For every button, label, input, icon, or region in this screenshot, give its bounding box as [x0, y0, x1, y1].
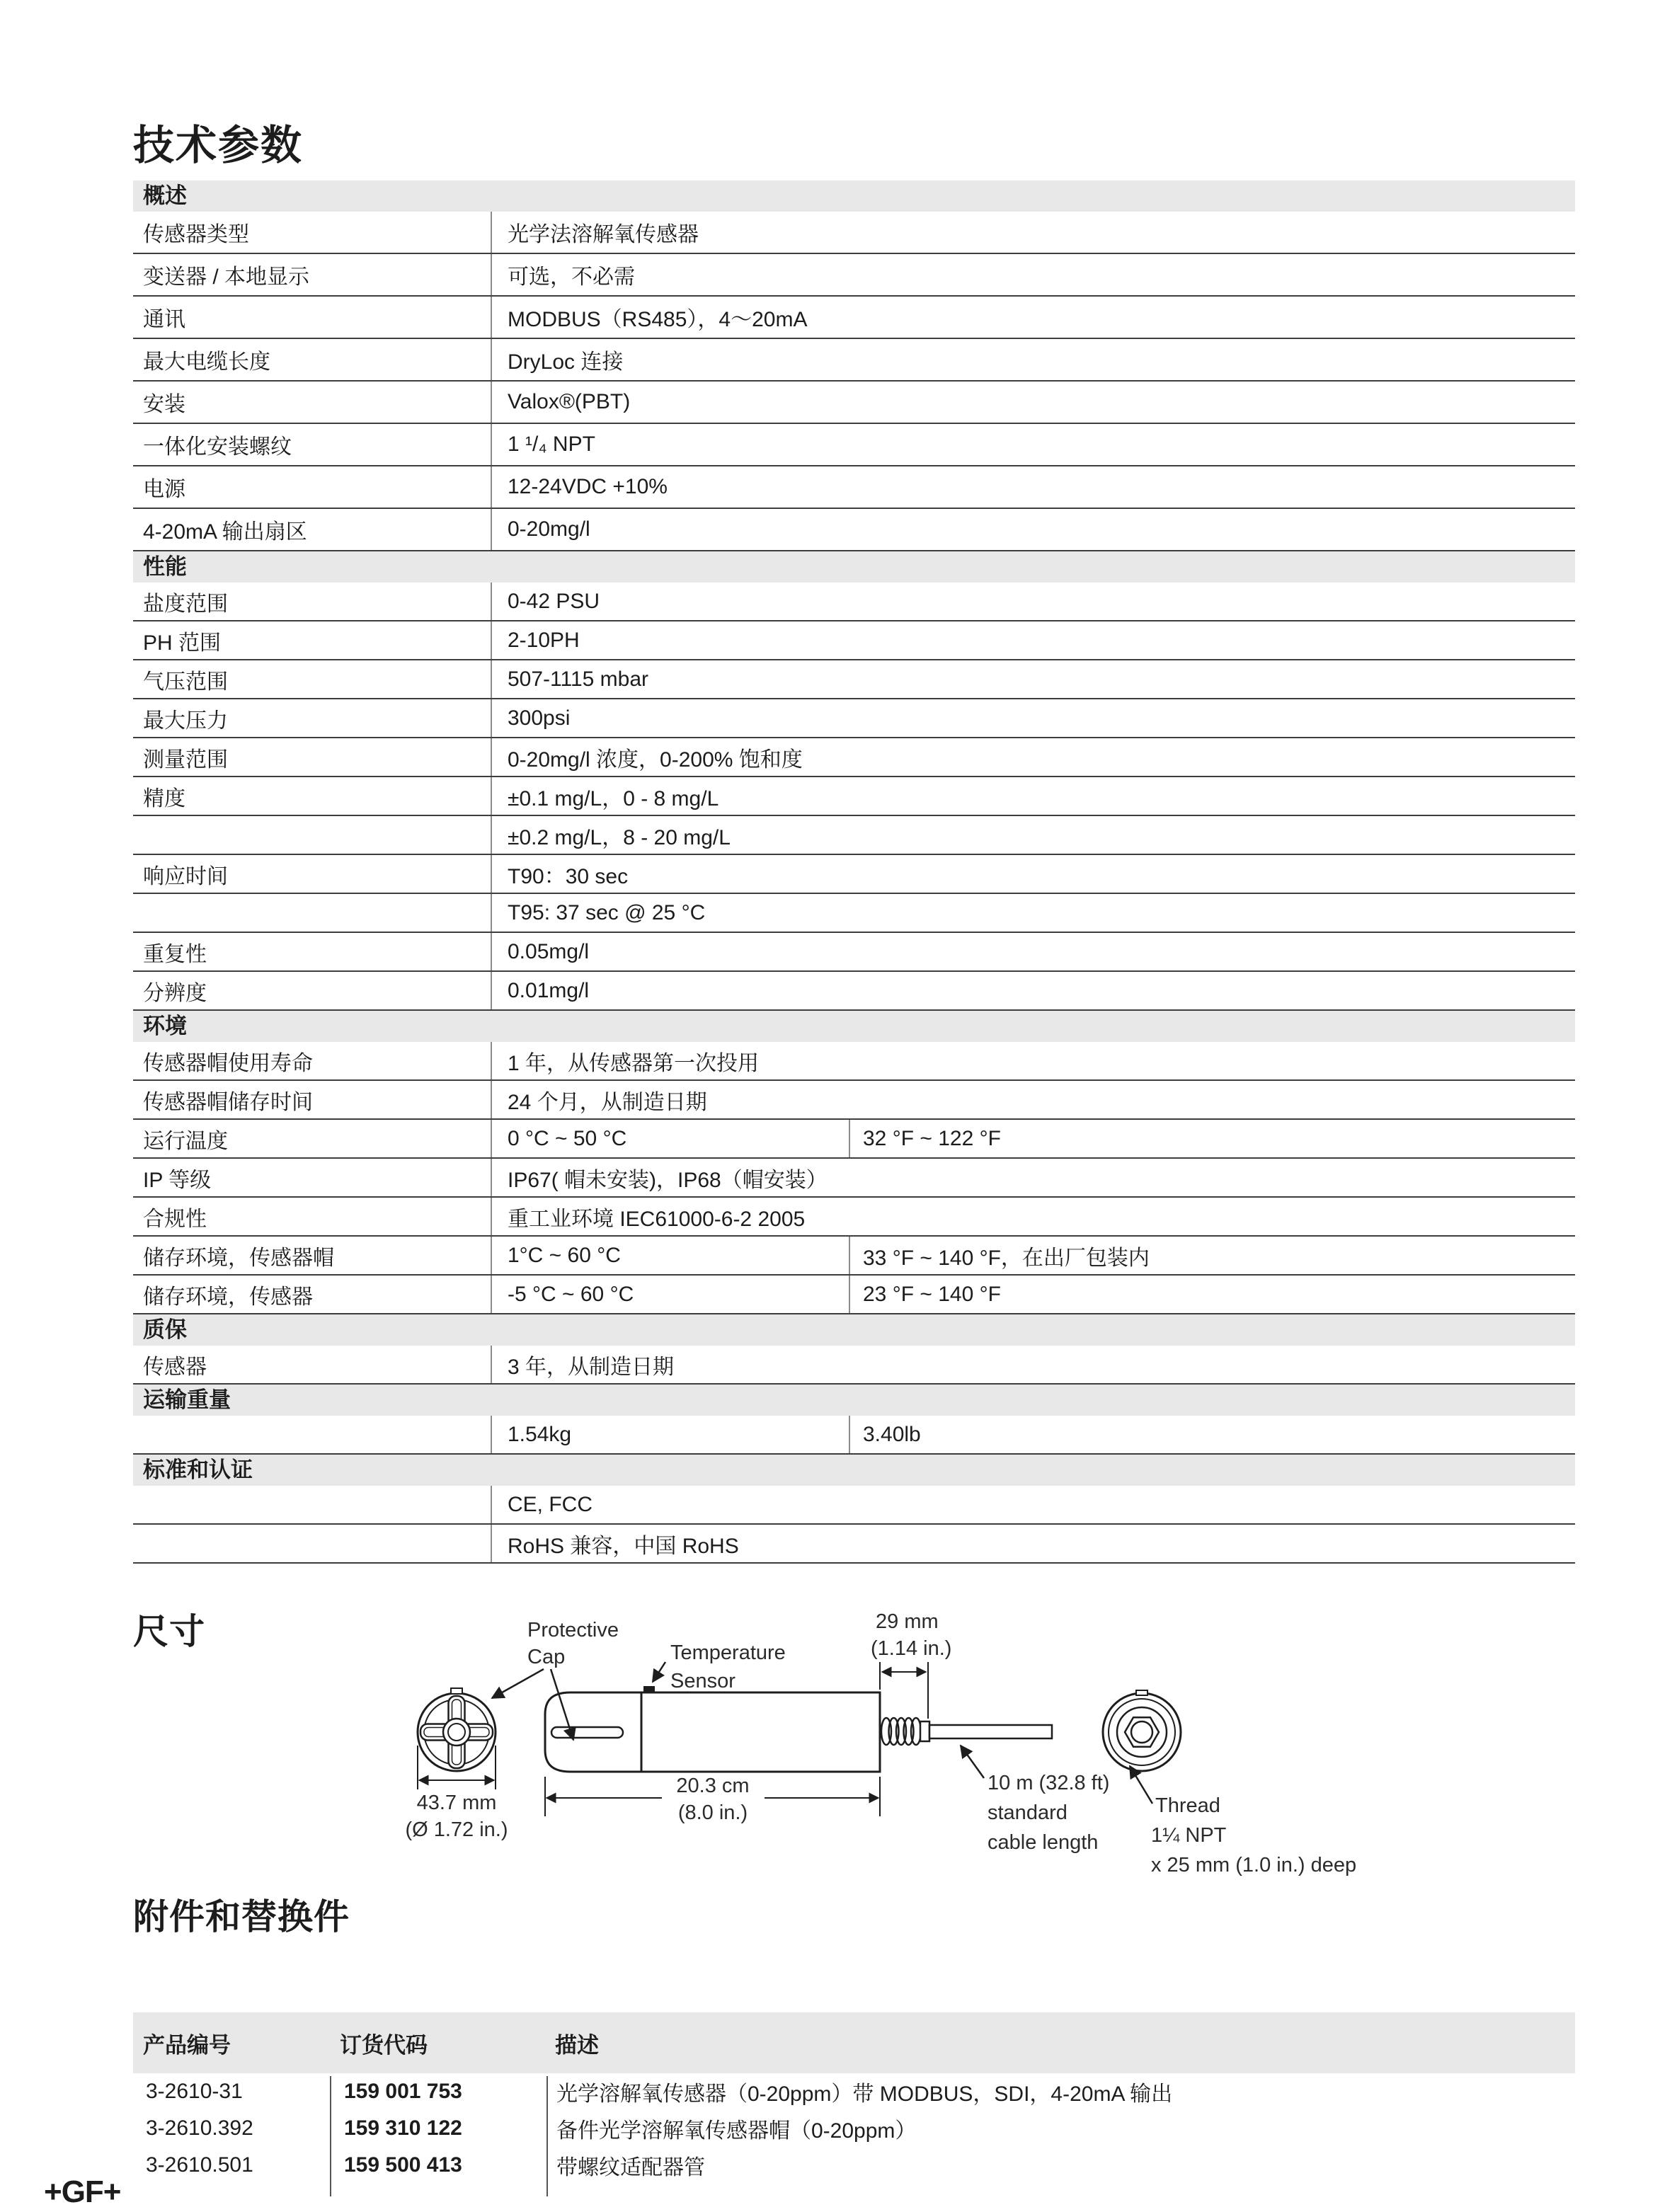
- spec-value: Valox®(PBT): [492, 382, 1575, 423]
- thread-label: Thread: [1155, 1794, 1220, 1817]
- accessory-part-number: 3-2610.501: [133, 2153, 330, 2177]
- spec-value: 24 个月，从制造日期: [492, 1081, 1575, 1118]
- section-header: 性能: [133, 551, 1575, 583]
- spec-label: 盐度范围: [133, 583, 492, 620]
- dim-connector-in: (1.14 in.): [871, 1637, 951, 1660]
- accessory-order-code: 159 001 753: [330, 2080, 546, 2104]
- spec-label: [133, 1486, 492, 1523]
- spec-row: ±0.2 mg/L，8 - 20 mg/L: [133, 816, 1575, 855]
- spec-label: 安装: [133, 382, 492, 423]
- spec-row: 精度±0.1 mg/L，0 - 8 mg/L: [133, 777, 1575, 816]
- spec-value: 重工业环境 IEC61000-6-2 2005: [492, 1198, 1575, 1235]
- accessories-table-body: 3-2610-31159 001 753光学溶解氧传感器（0-20ppm）带 M…: [133, 2073, 1575, 2187]
- spec-value: 300psi: [492, 699, 1575, 737]
- spec-row: 测量范围0-20mg/l 浓度，0-200% 饱和度: [133, 738, 1575, 777]
- spec-label: PH 范围: [133, 621, 492, 659]
- spec-value: CE, FCC: [492, 1486, 1575, 1523]
- accessory-part-number: 3-2610.392: [133, 2116, 330, 2141]
- cable-length-label: 10 m (32.8 ft): [988, 1772, 1109, 1794]
- cable-leader-arrow: [961, 1746, 984, 1778]
- sensor-rear-view-icon: [1103, 1690, 1181, 1771]
- spec-row: 1.54kg3.40lb: [133, 1416, 1575, 1455]
- accessories-divider-2: [546, 2076, 548, 2196]
- spec-row: 分辨度0.01mg/l: [133, 972, 1575, 1011]
- spec-label: 重复性: [133, 933, 492, 970]
- spec-label: 最大压力: [133, 699, 492, 737]
- spec-value: 2-10PH: [492, 621, 1575, 659]
- spec-value: T90：30 sec: [492, 855, 1575, 893]
- spec-value: RoHS 兼容，中国 RoHS: [492, 1525, 1575, 1562]
- accessory-row: 3-2610-31159 001 753光学溶解氧传感器（0-20ppm）带 M…: [133, 2073, 1575, 2110]
- spec-row: 储存环境，传感器帽1°C ~ 60 °C33 °F ~ 140 °F，在出厂包装…: [133, 1237, 1575, 1276]
- spec-value: ±0.2 mg/L，8 - 20 mg/L: [492, 816, 1575, 854]
- spec-row: 传感器帽使用寿命1 年，从传感器第一次投用: [133, 1042, 1575, 1081]
- spec-label: 精度: [133, 777, 492, 815]
- accessory-order-code: 159 310 122: [330, 2116, 546, 2141]
- spec-value-secondary: 23 °F ~ 140 °F: [850, 1276, 1575, 1313]
- cable: [929, 1725, 1052, 1738]
- spec-row: 传感器帽储存时间24 个月，从制造日期: [133, 1081, 1575, 1120]
- spec-row: CE, FCC: [133, 1486, 1575, 1525]
- sensor-dimensions-drawing: 43.7 mm (Ø 1.72 in.) 20.3 cm (8.0 in.) 2…: [133, 1601, 1575, 1891]
- spec-value: 1°C ~ 60 °C: [492, 1237, 850, 1274]
- spec-row: 电源12-24VDC +10%: [133, 466, 1575, 509]
- spec-value: 507-1115 mbar: [492, 660, 1575, 698]
- spec-value: IP67( 帽未安装)，IP68（帽安装）: [492, 1159, 1575, 1196]
- spec-label: 储存环境，传感器: [133, 1276, 492, 1313]
- temperature-sensor-bump: [643, 1686, 655, 1692]
- spec-label: 运行温度: [133, 1120, 492, 1157]
- spec-value: 0.01mg/l: [492, 972, 1575, 1009]
- spec-row: 传感器类型光学法溶解氧传感器: [133, 212, 1575, 254]
- temperature-sensor-leader-arrow: [653, 1662, 665, 1682]
- spec-label: IP 等级: [133, 1159, 492, 1196]
- spec-row: 响应时间T90：30 sec: [133, 855, 1575, 894]
- spec-label: 传感器: [133, 1346, 492, 1383]
- spec-row: 储存环境，传感器-5 °C ~ 60 °C23 °F ~ 140 °F: [133, 1276, 1575, 1314]
- spec-label: 最大电缆长度: [133, 339, 492, 380]
- section-header: 概述: [133, 180, 1575, 212]
- spec-label: [133, 1525, 492, 1562]
- spec-value: 3 年，从制造日期: [492, 1346, 1575, 1383]
- spec-value-secondary: 3.40lb: [850, 1416, 1575, 1453]
- spec-value: -5 °C ~ 60 °C: [492, 1276, 850, 1313]
- accessory-description: 光学溶解氧传感器（0-20ppm）带 MODBUS，SDI，4-20mA 输出: [546, 2076, 1575, 2107]
- spec-row: RoHS 兼容，中国 RoHS: [133, 1525, 1575, 1564]
- spec-label: 通讯: [133, 297, 492, 338]
- spec-label: 测量范围: [133, 738, 492, 776]
- spec-row: 重复性0.05mg/l: [133, 933, 1575, 972]
- accessories-header-desc: 描述: [546, 2027, 1575, 2059]
- spec-label: [133, 894, 492, 932]
- spec-value: ±0.1 mg/L，0 - 8 mg/L: [492, 777, 1575, 815]
- spec-label: 变送器 / 本地显示: [133, 254, 492, 295]
- spec-label: 4-20mA 输出扇区: [133, 509, 492, 550]
- gf-logo: +GF+: [44, 2174, 121, 2210]
- spec-row: IP 等级IP67( 帽未安装)，IP68（帽安装）: [133, 1159, 1575, 1198]
- section-header: 运输重量: [133, 1385, 1575, 1416]
- sensor-front-view-icon: [418, 1688, 496, 1771]
- spec-value: 0-42 PSU: [492, 583, 1575, 620]
- spec-value: MODBUS（RS485），4～20mA: [492, 297, 1575, 338]
- spec-value: 1 年，从传感器第一次投用: [492, 1042, 1575, 1079]
- spec-row: 变送器 / 本地显示可选，不必需: [133, 254, 1575, 297]
- spec-label: 传感器帽储存时间: [133, 1081, 492, 1118]
- accessory-description: 带螺纹适配器管: [546, 2150, 1575, 2181]
- spec-table: 概述传感器类型光学法溶解氧传感器变送器 / 本地显示可选，不必需通讯MODBUS…: [133, 180, 1575, 1564]
- spec-row: 最大压力300psi: [133, 699, 1575, 738]
- spec-value: DryLoc 连接: [492, 339, 1575, 380]
- spec-label: 传感器类型: [133, 212, 492, 253]
- spec-label: 响应时间: [133, 855, 492, 893]
- spec-label: 气压范围: [133, 660, 492, 698]
- spec-row: 通讯MODBUS（RS485），4～20mA: [133, 297, 1575, 339]
- cable-length-label-2: standard: [988, 1801, 1067, 1824]
- accessory-row: 3-2610.501159 500 413带螺纹适配器管: [133, 2147, 1575, 2184]
- dim-connector-mm: 29 mm: [876, 1610, 939, 1633]
- spec-label: [133, 1416, 492, 1453]
- spec-label: [133, 816, 492, 854]
- section-header: 标准和认证: [133, 1455, 1575, 1486]
- thread-label-2: 1¼ NPT: [1151, 1824, 1227, 1847]
- connector-dimension: [880, 1662, 928, 1719]
- dim-length-in: (8.0 in.): [678, 1801, 748, 1824]
- accessory-part-number: 3-2610-31: [133, 2080, 330, 2104]
- spec-value: 可选，不必需: [492, 254, 1575, 295]
- cable-length-label-3: cable length: [988, 1831, 1098, 1854]
- accessories-title: 附件和替换件: [133, 1889, 350, 1939]
- spec-value: 0-20mg/l: [492, 509, 1575, 550]
- spec-label: 储存环境，传感器帽: [133, 1237, 492, 1274]
- accessory-order-code: 159 500 413: [330, 2153, 546, 2177]
- spec-row: T95: 37 sec @ 25 °C: [133, 894, 1575, 933]
- page-title: 技术参数: [133, 112, 303, 171]
- accessory-description: 备件光学溶解氧传感器帽（0-20ppm）: [546, 2113, 1575, 2144]
- spec-row: 传感器3 年，从制造日期: [133, 1346, 1575, 1385]
- spec-row: 气压范围507-1115 mbar: [133, 660, 1575, 699]
- accessories-table-header: 产品编号 订货代码 描述: [133, 2012, 1575, 2073]
- dim-diameter-mm: 43.7 mm: [417, 1792, 497, 1814]
- spec-row: PH 范围2-10PH: [133, 621, 1575, 660]
- datasheet-page: 技术参数 概述传感器类型光学法溶解氧传感器变送器 / 本地显示可选，不必需通讯M…: [0, 0, 1660, 2212]
- temperature-sensor-label-2: Sensor: [670, 1670, 735, 1692]
- spec-row: 运行温度0 °C ~ 50 °C32 °F ~ 122 °F: [133, 1120, 1575, 1159]
- section-header: 环境: [133, 1011, 1575, 1042]
- cable-strain-relief-spring: [881, 1718, 921, 1745]
- spec-row: 4-20mA 输出扇区0-20mg/l: [133, 509, 1575, 551]
- spec-row: 最大电缆长度DryLoc 连接: [133, 339, 1575, 382]
- section-header: 质保: [133, 1314, 1575, 1346]
- spec-value: 光学法溶解氧传感器: [492, 212, 1575, 253]
- accessories-header-part: 产品编号: [133, 2027, 330, 2059]
- dim-diameter-in: (Ø 1.72 in.): [405, 1818, 508, 1841]
- accessories-header-code: 订货代码: [330, 2027, 546, 2059]
- protective-cap-label: Protective: [527, 1619, 619, 1641]
- spec-row: 一体化安装螺纹1 ¹/₄ NPT: [133, 424, 1575, 466]
- spec-value: 1.54kg: [492, 1416, 850, 1453]
- thread-label-3: x 25 mm (1.0 in.) deep: [1151, 1854, 1356, 1876]
- spec-value: 0-20mg/l 浓度，0-200% 饱和度: [492, 738, 1575, 776]
- spec-value: 12-24VDC +10%: [492, 466, 1575, 508]
- spec-value: 0.05mg/l: [492, 933, 1575, 970]
- accessory-row: 3-2610.392159 310 122备件光学溶解氧传感器帽（0-20ppm…: [133, 2110, 1575, 2147]
- spec-value-secondary: 33 °F ~ 140 °F，在出厂包装内: [850, 1237, 1575, 1274]
- spec-value: T95: 37 sec @ 25 °C: [492, 894, 1575, 932]
- sensor-side-view-icon: [545, 1686, 1052, 1772]
- protective-cap-label-2: Cap: [527, 1646, 565, 1668]
- spec-row: 安装Valox®(PBT): [133, 382, 1575, 424]
- accessories-divider-1: [330, 2076, 331, 2196]
- spec-value: 0 °C ~ 50 °C: [492, 1120, 850, 1157]
- temperature-sensor-label: Temperature: [670, 1641, 786, 1664]
- spec-label: 传感器帽使用寿命: [133, 1042, 492, 1079]
- spec-row: 合规性重工业环境 IEC61000-6-2 2005: [133, 1198, 1575, 1237]
- spec-row: 盐度范围0-42 PSU: [133, 583, 1575, 621]
- spec-label: 合规性: [133, 1198, 492, 1235]
- spec-value: 1 ¹/₄ NPT: [492, 424, 1575, 465]
- spec-label: 分辨度: [133, 972, 492, 1009]
- spec-label: 电源: [133, 466, 492, 508]
- spec-value-secondary: 32 °F ~ 122 °F: [850, 1120, 1575, 1157]
- dim-length-cm: 20.3 cm: [676, 1775, 749, 1797]
- spec-label: 一体化安装螺纹: [133, 424, 492, 465]
